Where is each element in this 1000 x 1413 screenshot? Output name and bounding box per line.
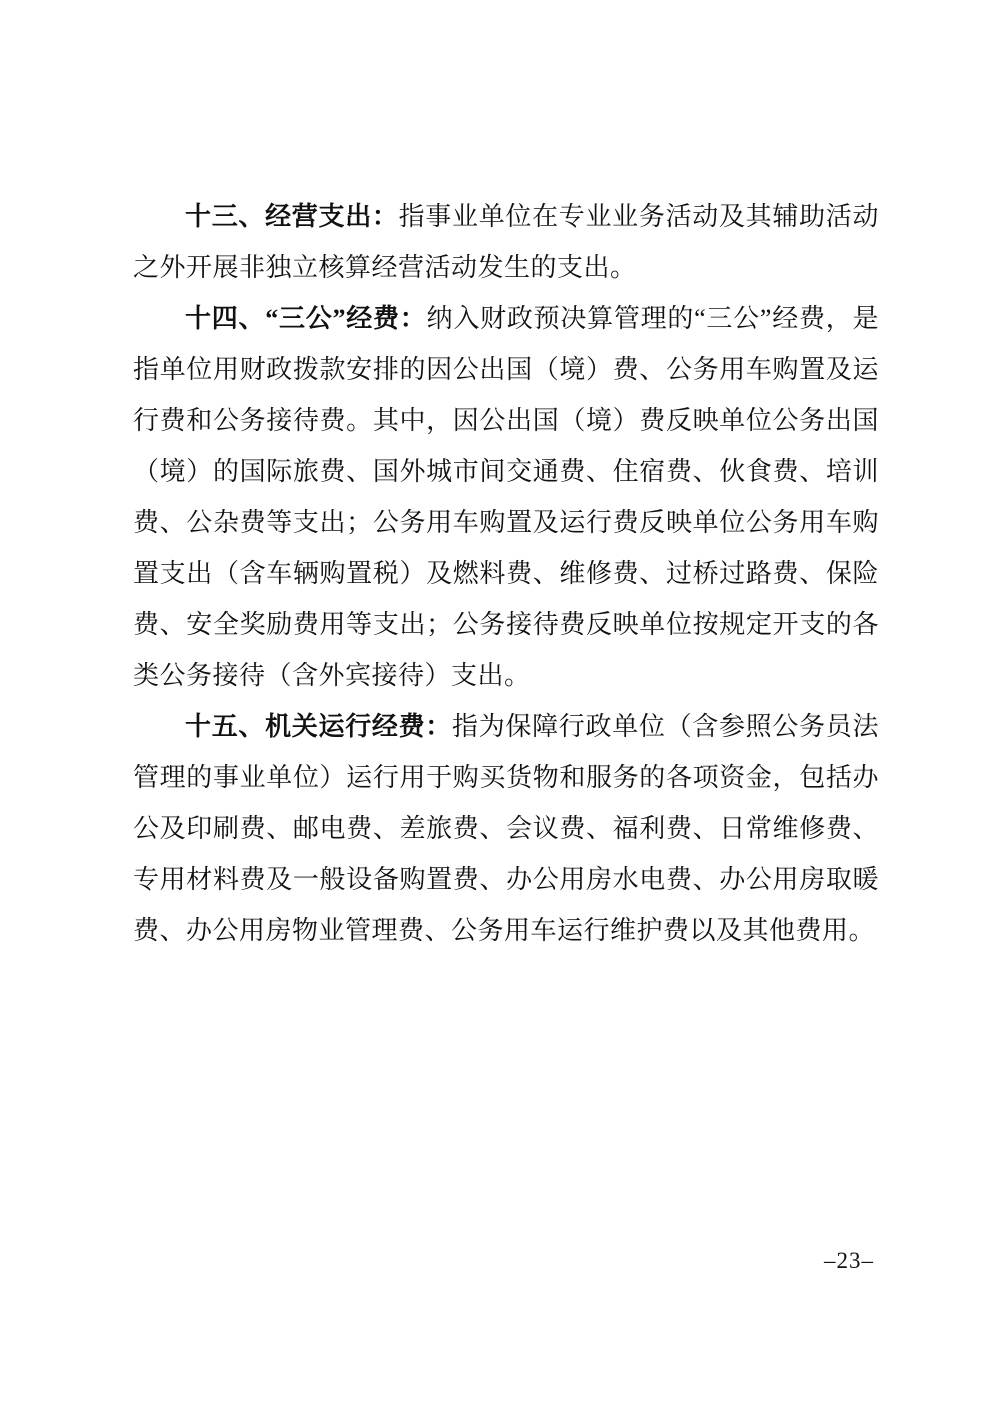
document-page: 十三、经营支出：指事业单位在专业业务活动及其辅助活动之外开展非独立核算经营活动发… <box>0 0 1000 1413</box>
paragraph: 十三、经营支出：指事业单位在专业业务活动及其辅助活动之外开展非独立核算经营活动发… <box>133 191 879 293</box>
paragraph-body: 纳入财政预决算管理的“三公”经费，是指单位用财政拨款安排的因公出国（境）费、公务… <box>133 304 879 690</box>
paragraph-body: 指为保障行政单位（含参照公务员法管理的事业单位）运行用于购买货物和服务的各项资金… <box>133 712 879 945</box>
paragraph-lead: 十五、机关运行经费： <box>185 712 452 741</box>
document-body: 十三、经营支出：指事业单位在专业业务活动及其辅助活动之外开展非独立核算经营活动发… <box>133 191 879 956</box>
paragraph-lead: 十三、经营支出： <box>185 202 399 231</box>
paragraph-lead: 十四、“三公”经费： <box>185 304 427 333</box>
page-number: –23– <box>824 1248 874 1274</box>
paragraph: 十四、“三公”经费：纳入财政预决算管理的“三公”经费，是指单位用财政拨款安排的因… <box>133 293 879 701</box>
paragraph: 十五、机关运行经费：指为保障行政单位（含参照公务员法管理的事业单位）运行用于购买… <box>133 701 879 956</box>
